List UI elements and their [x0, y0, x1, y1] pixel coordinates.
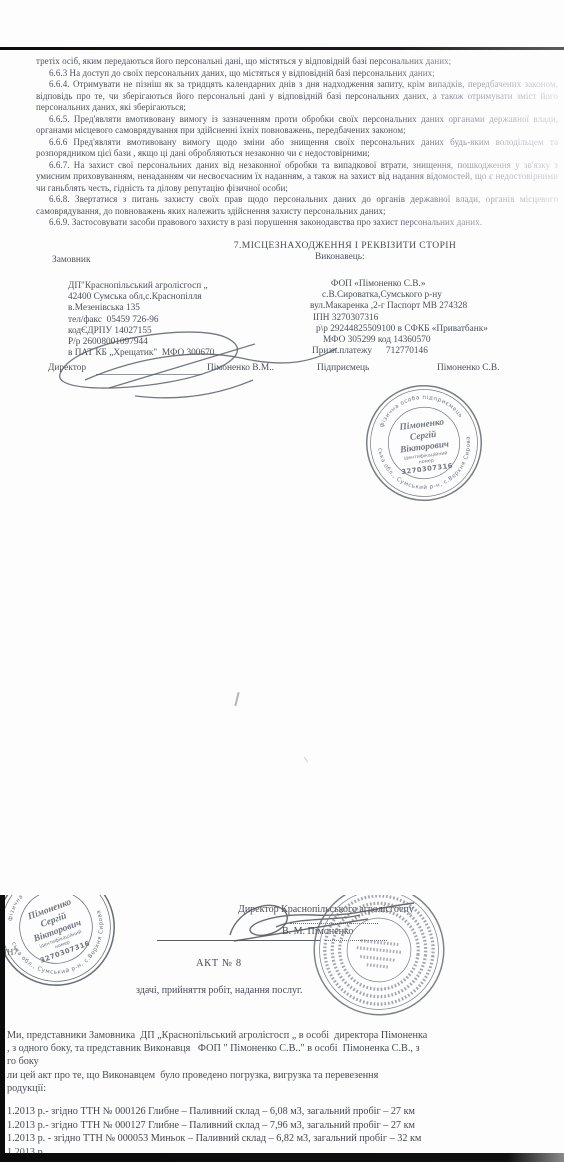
scan-edge-bar-left	[0, 895, 5, 1162]
clause-paragraph: 6.6.3 На доступ до своїх персональних да…	[36, 68, 558, 80]
ttn-entry: 1.2013 р. - згідно ТТН № 000053 Миньок –…	[7, 1132, 421, 1146]
entrepreneur-identity-stamp: фізична особа підприємець Сумська обл., …	[0, 895, 135, 1006]
contractor-detail-line: ФОП «Пімоненко С.В.»	[305, 279, 488, 290]
stamp-name-1: Пімоненко	[398, 416, 445, 433]
scan-artifact	[304, 754, 313, 763]
organization-round-stamp	[303, 895, 455, 1026]
contractor-label: Виконавець:	[315, 252, 365, 262]
clause-paragraph: третіх осіб, яким передаються його персо…	[36, 56, 558, 68]
act-subtitle: здачі, прийняття робіт, надання послуг.	[136, 985, 303, 996]
customer-detail-line: в.Мезенівська 135	[68, 303, 214, 314]
customer-label: Замовник	[52, 255, 91, 265]
act-body-line: ли цей акт про те, що Виконавцем було пр…	[7, 1069, 427, 1082]
clause-paragraph: 6.6.4. Отримувати не пізніш як за тридця…	[36, 79, 558, 114]
act-body-line: , з одного боку, та представник Виконавц…	[7, 1042, 427, 1055]
customer-detail-line: ДП"Краснопільський агролісгосп „	[68, 281, 214, 292]
ttn-entry: 1.2013 р.- згідно ТТН № 000126 Глибне – …	[7, 1105, 421, 1119]
contractor-detail-line: вул.Макаренка ,2-г Паспорт МВ 274328	[305, 301, 488, 312]
clause-paragraph: 6.6.7. На захист свої персональних даних…	[36, 160, 558, 195]
entrepreneur-identity-stamp: фізична особа підприємець Сумська обл., …	[356, 375, 492, 511]
scan-edge-line	[0, 47, 564, 50]
ttn-entry: 1.2013 р.- згідно ТТН № 000127 Глибне – …	[7, 1119, 421, 1133]
scanned-document: третіх осіб, яким передаються його персо…	[0, 0, 564, 1162]
customer-detail-line: 42400 Сумська обл,с.Краснопілля	[68, 292, 214, 303]
act-body-line: родукції:	[7, 1082, 427, 1095]
clauses-block: третіх осіб, яким передаються його персо…	[36, 56, 558, 229]
clause-paragraph: 6.6.6 Пред'являти вмотивовану вимогу щод…	[36, 137, 558, 160]
act-title: АКТ № 8	[196, 958, 242, 969]
section-heading: 7.МІСЦЕЗНАХОДЖЕННЯ І РЕКВІЗИТИ СТОРІН	[150, 240, 540, 251]
scan-artifact	[234, 692, 239, 706]
contractor-signer-name: Пімоненко С.В.	[437, 363, 500, 373]
scan-edge-bar-bottom	[0, 1153, 564, 1162]
contractor-detail-line: с.В.Сироватка,Сумського р-ну	[305, 290, 488, 301]
clause-paragraph: 6.6.5. Пред'являти вмотивовану вимогу із…	[36, 114, 558, 137]
clause-paragraph: 6.6.8. Звертатися з питань захисту своїх…	[36, 194, 558, 217]
clause-paragraph: 6.6.9. Застосовувати засоби правового за…	[36, 217, 558, 229]
ttn-entries: 1.2013 р.- згідно ТТН № 000126 Глибне – …	[7, 1105, 421, 1146]
act-body-line: Ми, представники Замовника ДП „Краснопіл…	[7, 1029, 427, 1042]
act-body: Ми, представники Замовника ДП „Краснопіл…	[7, 1029, 427, 1095]
act-page: ЧН7 Директор Краснопільського агролісгос…	[0, 895, 564, 1162]
director-signature-scribble	[45, 318, 345, 410]
act-body-line: го боку	[7, 1055, 427, 1068]
